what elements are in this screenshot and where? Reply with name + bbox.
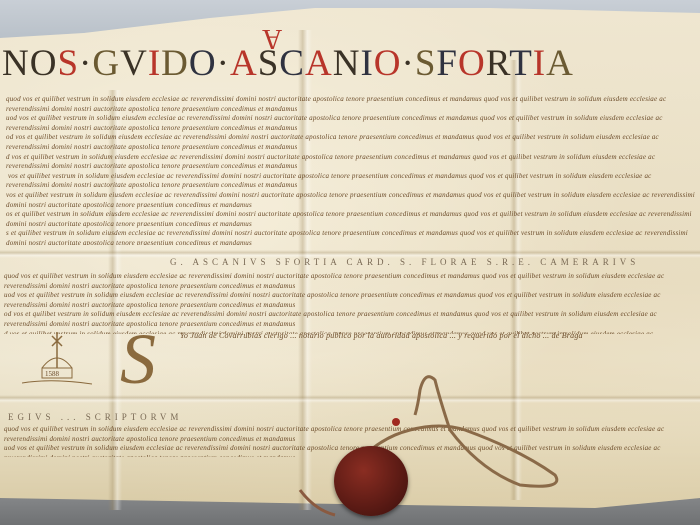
wax-drop [392, 418, 400, 426]
document-body-text: quod vos et quilibet vestrum in solidum … [6, 95, 696, 245]
signature-line: G. ASCANIVS SFORTIA CARD. S. FLORAE S.R.… [170, 257, 639, 267]
lower-band-label: EGIVS ... SCRIPTORVM [8, 412, 182, 422]
notary-year: 1588 [45, 370, 60, 378]
wax-seal [334, 446, 408, 516]
document-body-text-2: quod vos et quilibet vestrum in solidum … [4, 272, 696, 334]
notary-mark-icon: 1588 [22, 328, 92, 388]
seal-cord [290, 370, 590, 525]
notary-flourish: S [120, 318, 156, 401]
document-heading: NOS·GVIDO·ASCANIO·SFORTIA [2, 42, 700, 85]
